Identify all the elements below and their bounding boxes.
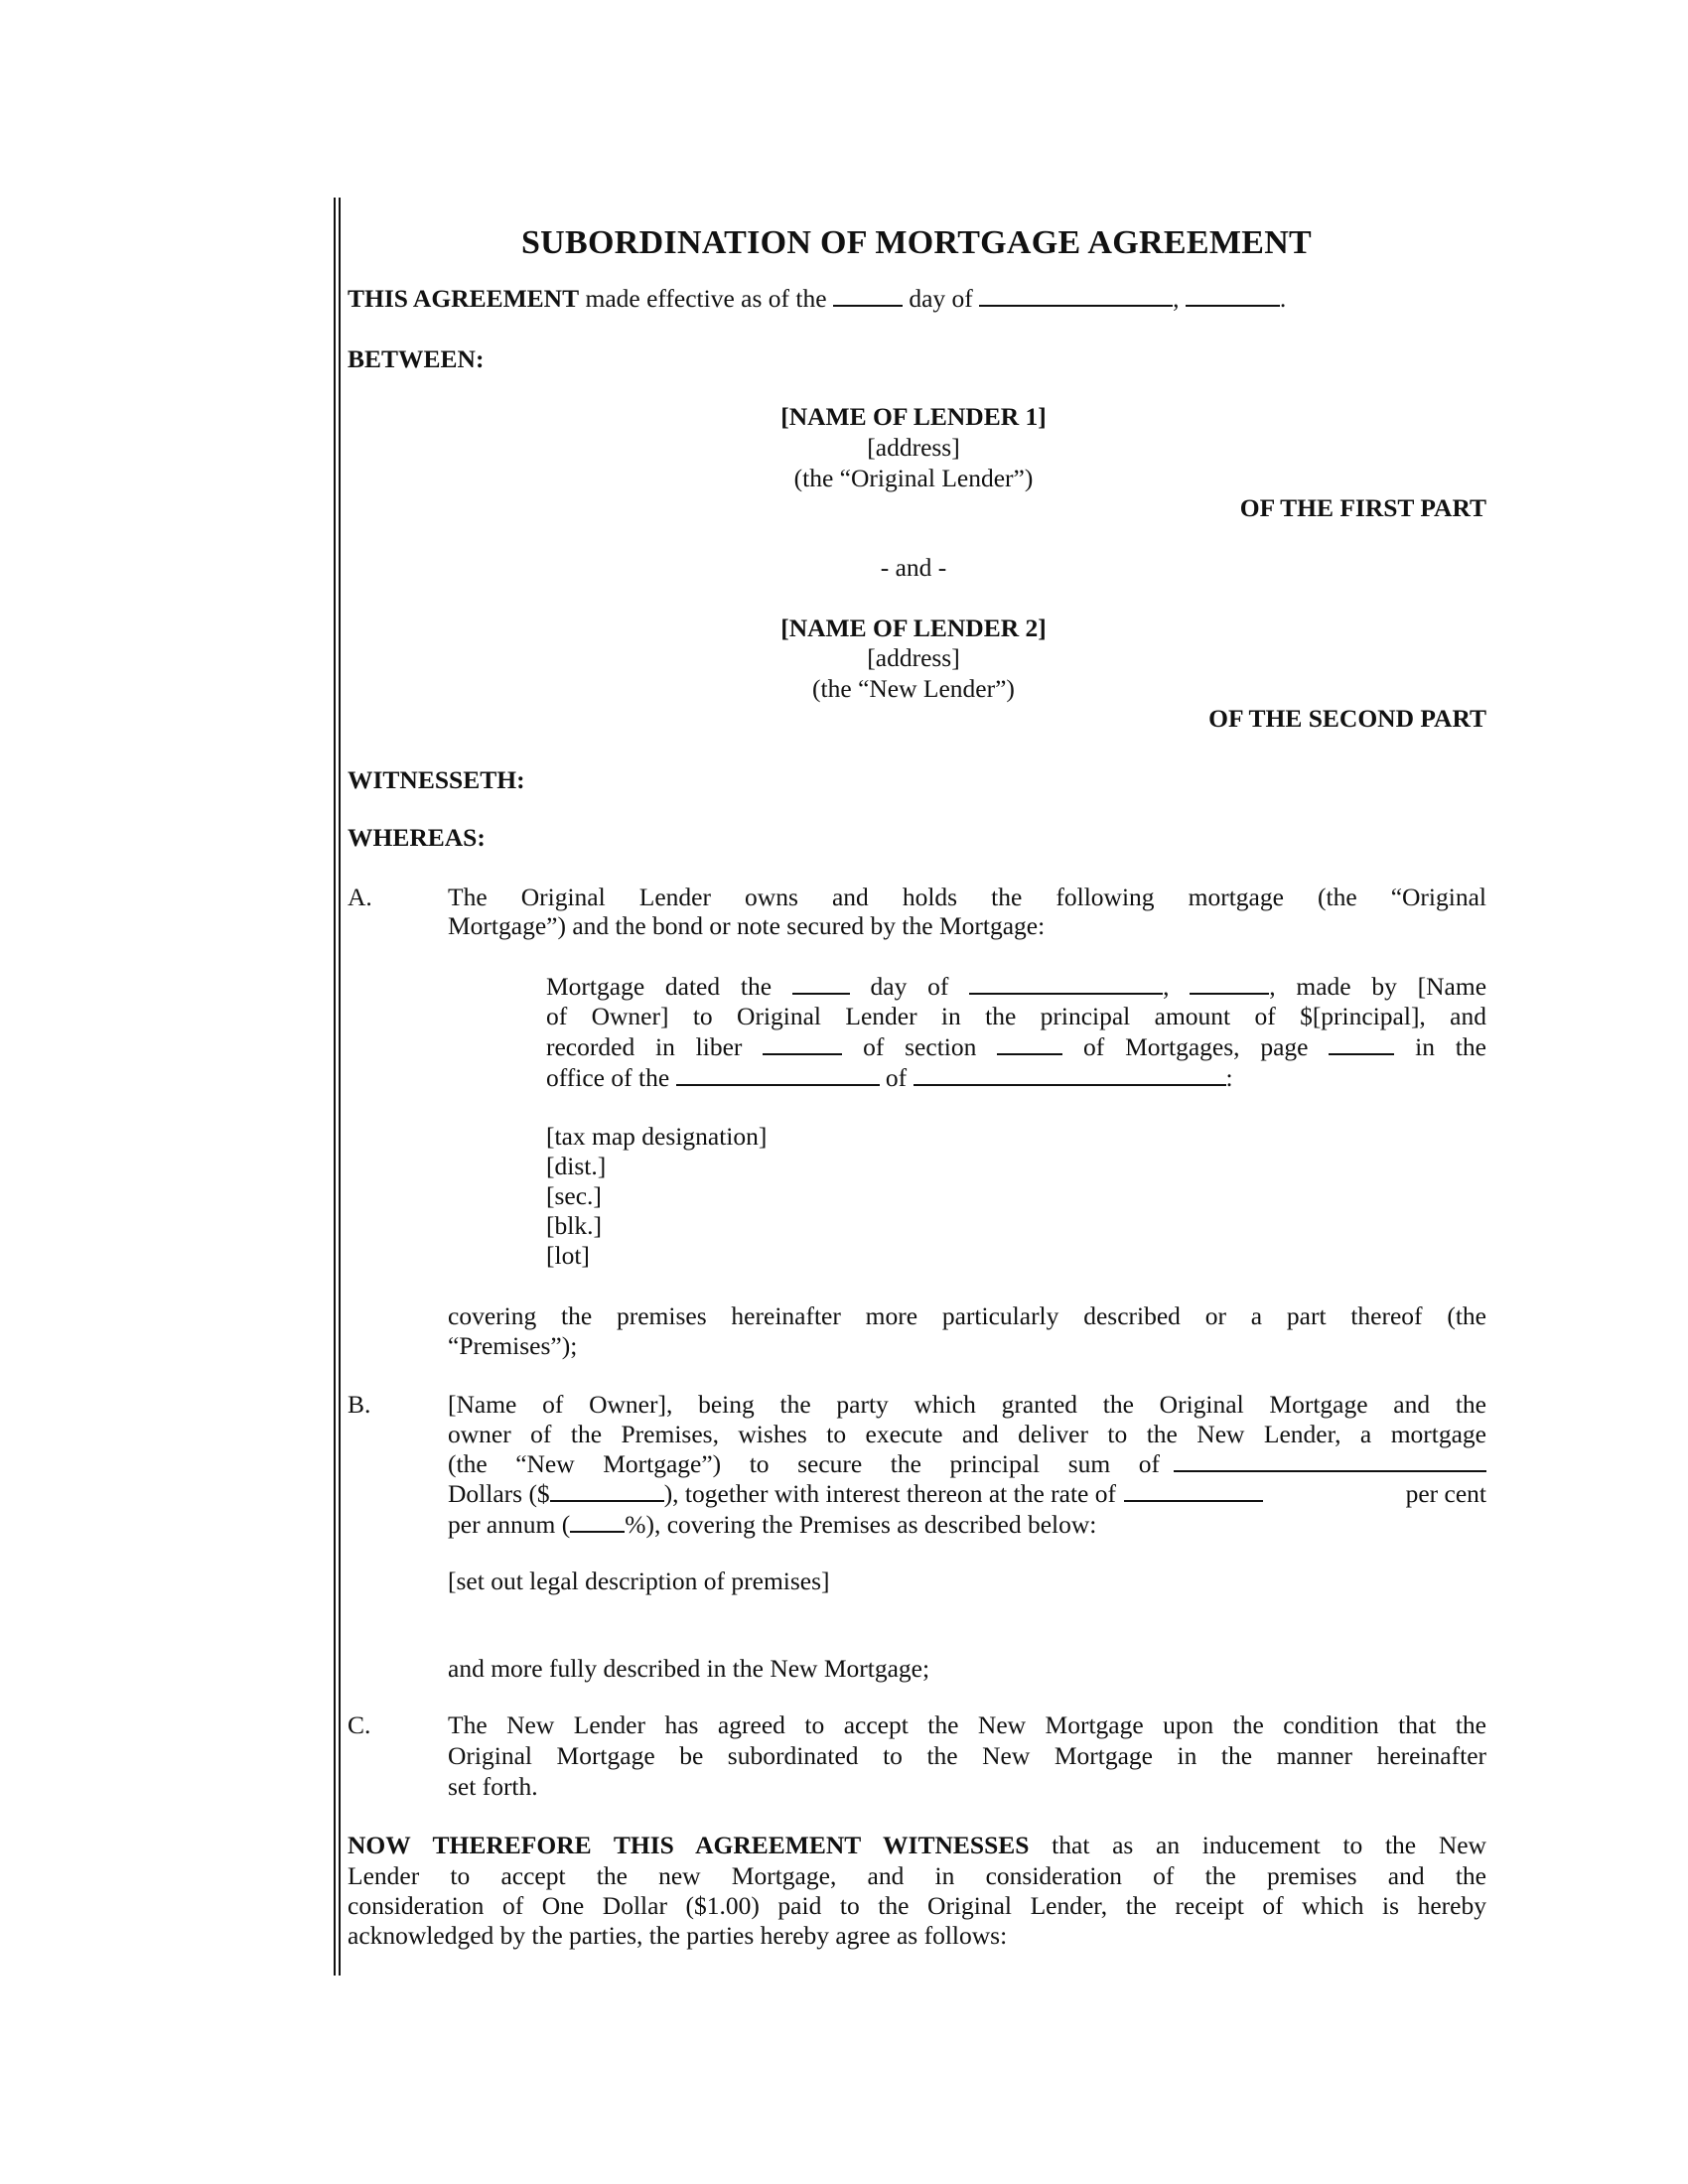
interest-rate-blank[interactable]: [1124, 1480, 1263, 1502]
between-label: BETWEEN:: [348, 344, 1486, 374]
recital-c-line-1: The New Lender has agreed to accept the …: [448, 1710, 1486, 1740]
party-2-part: OF THE SECOND PART: [993, 704, 1486, 734]
whereas-label: WHEREAS:: [348, 823, 1486, 853]
recital-b-line-2: owner of the Premises, wishes to execute…: [448, 1420, 1486, 1449]
legal-description-placeholder: [set out legal description of premises]: [448, 1567, 1486, 1596]
covering-line-2: “Premises”);: [448, 1331, 1486, 1361]
intro-line: THIS AGREEMENT made effective as of the …: [348, 284, 1486, 314]
recital-c-line-3: set forth.: [448, 1772, 1486, 1802]
recital-a-line-1: The Original Lender owns and holds the f…: [448, 883, 1486, 912]
day-blank[interactable]: [833, 285, 903, 307]
principal-sum-blank[interactable]: [1174, 1449, 1486, 1472]
intro-bold-lead: THIS AGREEMENT: [348, 284, 579, 313]
operative-line-2: Lender to accept the new Mortgage, and i…: [348, 1861, 1486, 1891]
party-1-name: [NAME OF LENDER 1]: [655, 402, 1172, 432]
page-blank[interactable]: [1329, 1033, 1394, 1055]
and-separator: - and -: [655, 553, 1172, 583]
recital-a-label: A.: [348, 883, 407, 912]
recital-a-line-2: Mortgage”) and the bond or note secured …: [448, 911, 1486, 941]
tax-map-lot: [lot]: [546, 1241, 1486, 1271]
party-1-defined-as: (the “Original Lender”): [655, 464, 1172, 493]
operative-line-1: NOW THEREFORE THIS AGREEMENT WITNESSES t…: [348, 1831, 1486, 1860]
party-2-defined-as: (the “New Lender”): [655, 674, 1172, 704]
operative-line-3: consideration of One Dollar ($1.00) paid…: [348, 1891, 1486, 1921]
month-blank[interactable]: [979, 285, 1173, 307]
mortgage-details-line-1: Mortgage dated the day of , , made by [N…: [546, 972, 1486, 1002]
mortgage-details-line-2: of Owner] to Original Lender in the prin…: [546, 1002, 1486, 1031]
recital-b-closing: and more fully described in the New Mort…: [448, 1654, 1486, 1684]
recital-b-label: B.: [348, 1390, 407, 1420]
tax-map-blk: [blk.]: [546, 1211, 1486, 1241]
percent-blank[interactable]: [570, 1511, 625, 1533]
mortgage-day-blank[interactable]: [792, 973, 850, 995]
mortgage-month-blank[interactable]: [969, 973, 1163, 995]
document-title: SUBORDINATION OF MORTGAGE AGREEMENT: [346, 224, 1487, 262]
operative-bold-lead: NOW THEREFORE THIS AGREEMENT WITNESSES: [348, 1831, 1029, 1859]
document-page: SUBORDINATION OF MORTGAGE AGREEMENT THIS…: [0, 0, 1688, 2184]
party-1-address: [address]: [655, 433, 1172, 463]
margin-rule-right: [339, 198, 341, 1976]
office-blank[interactable]: [676, 1064, 880, 1086]
tax-map-sec: [sec.]: [546, 1181, 1486, 1211]
mortgage-details-line-3: recorded in liber of section of Mortgage…: [546, 1032, 1486, 1062]
mortgage-year-blank[interactable]: [1190, 973, 1269, 995]
operative-line-4: acknowledged by the parties, the parties…: [348, 1921, 1486, 1951]
witnesseth-label: WITNESSETH:: [348, 765, 1486, 795]
recital-b-line-4: Dollars ($), together with interest ther…: [448, 1479, 1486, 1509]
party-1-part: OF THE FIRST PART: [993, 493, 1486, 523]
margin-rule-left: [334, 198, 336, 1976]
mortgage-details-line-4: office of the of :: [546, 1063, 1486, 1093]
year-blank[interactable]: [1186, 285, 1280, 307]
dollar-amount-blank[interactable]: [550, 1480, 664, 1502]
liber-blank[interactable]: [763, 1033, 842, 1055]
county-blank[interactable]: [914, 1064, 1226, 1086]
recital-c-label: C.: [348, 1710, 407, 1740]
covering-line-1: covering the premises hereinafter more p…: [448, 1301, 1486, 1331]
recital-b-line-5: per annum (%), covering the Premises as …: [448, 1510, 1486, 1540]
recital-b-line-3: (the “New Mortgage”) to secure the princ…: [448, 1449, 1486, 1479]
party-2-address: [address]: [655, 643, 1172, 673]
tax-map-dist: [dist.]: [546, 1152, 1486, 1181]
tax-map-designation: [tax map designation]: [546, 1122, 1486, 1152]
recital-b-line-1: [Name of Owner], being the party which g…: [448, 1390, 1486, 1420]
section-blank[interactable]: [997, 1033, 1062, 1055]
party-2-name: [NAME OF LENDER 2]: [655, 614, 1172, 643]
recital-c-line-2: Original Mortgage be subordinated to the…: [448, 1741, 1486, 1771]
